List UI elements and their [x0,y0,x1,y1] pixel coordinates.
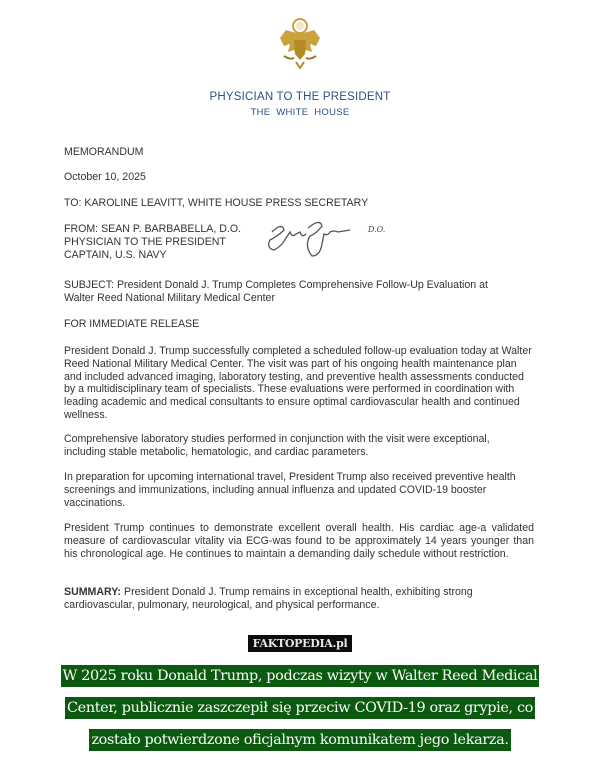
svg-text:D.O.: D.O. [367,225,385,234]
caption-line: zostało potwierdzone oficjalnym komunika… [89,729,510,751]
brand-watermark: FAKTOPEDIA.pl [248,635,353,652]
memo-subject-line1: SUBJECT: President Donald J. Trump Compl… [64,279,488,291]
memo-heading: MEMORANDUM [64,146,143,158]
signature-icon: D.O. [264,216,394,260]
great-seal-eagle-icon [276,16,324,74]
memo-paragraph-1: President Donald J. Trump successfully c… [64,345,534,422]
letterhead-subtitle: THE WHITE HOUSE [0,107,600,118]
caption-line: Center, publicznie zaszczepił się przeci… [65,697,535,719]
memo-date: October 10, 2025 [64,171,146,183]
memo-release: FOR IMMEDIATE RELEASE [64,318,199,330]
memo-paragraph-4: President Trump continues to demonstrate… [64,522,534,560]
memo-summary: SUMMARY: President Donald J. Trump remai… [64,586,534,612]
memo-subject-line2: Walter Reed National Military Medical Ce… [64,292,275,304]
caption: W 2025 roku Donald Trump, podczas wizyty… [0,661,600,756]
brand-watermark-wrap: FAKTOPEDIA.pl [0,634,600,652]
summary-text: President Donald J. Trump remains in exc… [64,586,473,611]
memo-from: FROM: SEAN P. BARBABELLA, D.O. [64,223,241,235]
caption-line: W 2025 roku Donald Trump, podczas wizyty… [61,665,540,687]
memo-from-title: PHYSICIAN TO THE PRESIDENT [64,236,226,248]
memo-from-rank: CAPTAIN, U.S. NAVY [64,249,167,261]
memo-to: TO: KAROLINE LEAVITT, WHITE HOUSE PRESS … [64,197,368,209]
summary-label: SUMMARY: [64,586,121,598]
letterhead-title: PHYSICIAN TO THE PRESIDENT [0,91,600,103]
memo-paragraph-3: In preparation for upcoming internationa… [64,471,534,509]
memo-paragraph-2: Comprehensive laboratory studies perform… [64,433,534,459]
